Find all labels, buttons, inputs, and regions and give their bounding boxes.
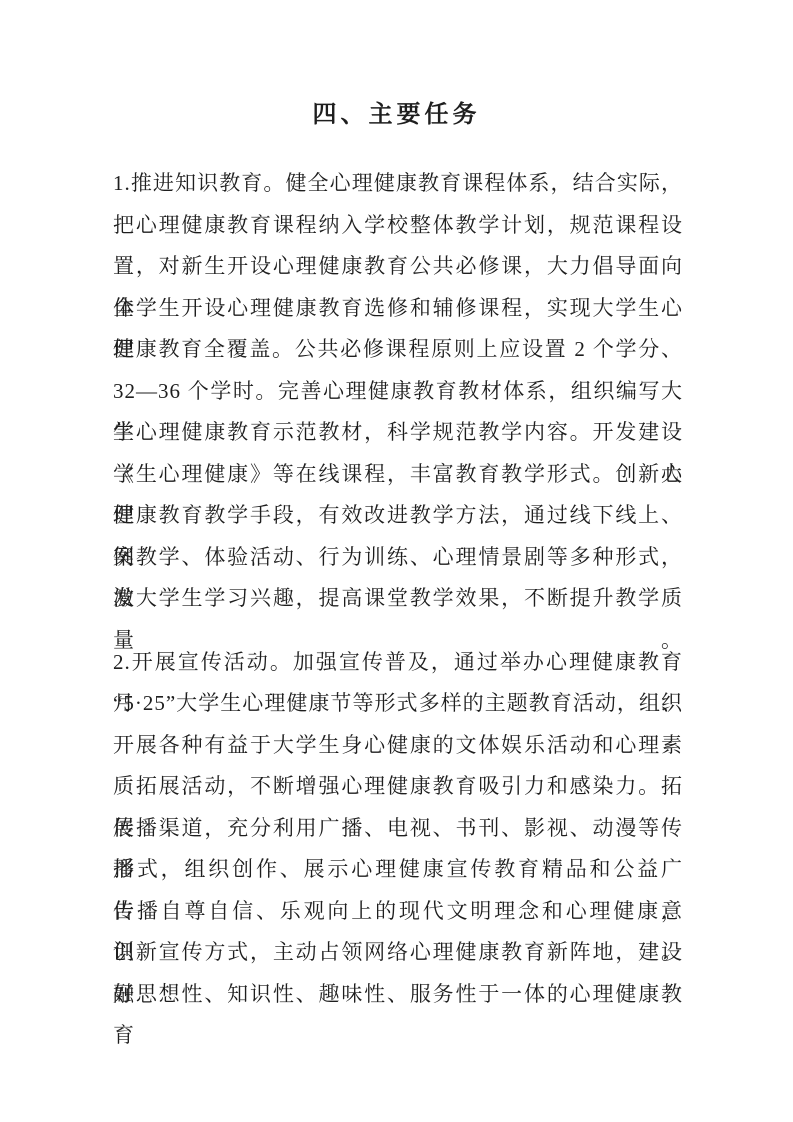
text-line: 体学生开设心理健康教育选修和辅修课程，实现大学生心理: [113, 288, 683, 330]
document-body: 1.推进知识教育。健全心理健康教育课程体系，结合实际，把心理健康教育课程纳入学校…: [113, 163, 683, 1015]
text-line: 置，对新生开设心理健康教育公共必修课，大力倡导面向全: [113, 246, 683, 288]
text-line: 传播渠道，充分利用广播、电视、书刊、影视、动漫等传播: [113, 808, 683, 850]
text-line: 健康教育教学手段，有效改进教学方法，通过线下线上、案: [113, 495, 683, 537]
text-line: 形式，组织创作、展示心理健康宣传教育精品和公益广告，: [113, 849, 683, 891]
text-line: 例教学、体验活动、行为训练、心理情景剧等多种形式，激: [113, 537, 683, 579]
section-title: 四、主要任务: [0, 0, 793, 133]
text-line: 32—36 个学时。完善心理健康教育教材体系，组织编写大学: [113, 371, 683, 413]
text-line: 质拓展活动，不断增强心理健康教育吸引力和感染力。拓展: [113, 766, 683, 808]
document-page: 四、主要任务 1.推进知识教育。健全心理健康教育课程体系，结合实际，把心理健康教…: [0, 0, 793, 1122]
text-line: 融思想性、知识性、趣味性、服务性于一体的心理健康教育: [113, 974, 683, 1016]
text-line: 开展各种有益于大学生身心健康的文体娱乐活动和心理素: [113, 725, 683, 767]
text-line: 学生心理健康》等在线课程，丰富教育教学形式。创新心理: [113, 454, 683, 496]
text-line: “5·25”大学生心理健康节等形式多样的主题教育活动，组织: [113, 683, 683, 725]
text-line: 健康教育全覆盖。公共必修课程原则上应设置 2 个学分、: [113, 329, 683, 371]
text-line: 2.开展宣传活动。加强宣传普及，通过举办心理健康教育月、: [113, 642, 683, 684]
paragraph-1-knowledge-education: 1.推进知识教育。健全心理健康教育课程体系，结合实际，把心理健康教育课程纳入学校…: [113, 163, 683, 620]
text-line: 发大学生学习兴趣，提高课堂教学效果，不断提升教学质量。: [113, 578, 683, 620]
paragraph-2-publicity-activities: 2.开展宣传活动。加强宣传普及，通过举办心理健康教育月、“5·25”大学生心理健…: [113, 642, 683, 1016]
text-line: 生心理健康教育示范教材，科学规范教学内容。开发建设《大: [113, 412, 683, 454]
text-line: 把心理健康教育课程纳入学校整体教学计划，规范课程设: [113, 205, 683, 247]
text-line: 创新宣传方式，主动占领网络心理健康教育新阵地，建设好: [113, 932, 683, 974]
text-line: 传播自尊自信、乐观向上的现代文明理念和心理健康意识。: [113, 891, 683, 933]
text-line: 1.推进知识教育。健全心理健康教育课程体系，结合实际，: [113, 163, 683, 205]
